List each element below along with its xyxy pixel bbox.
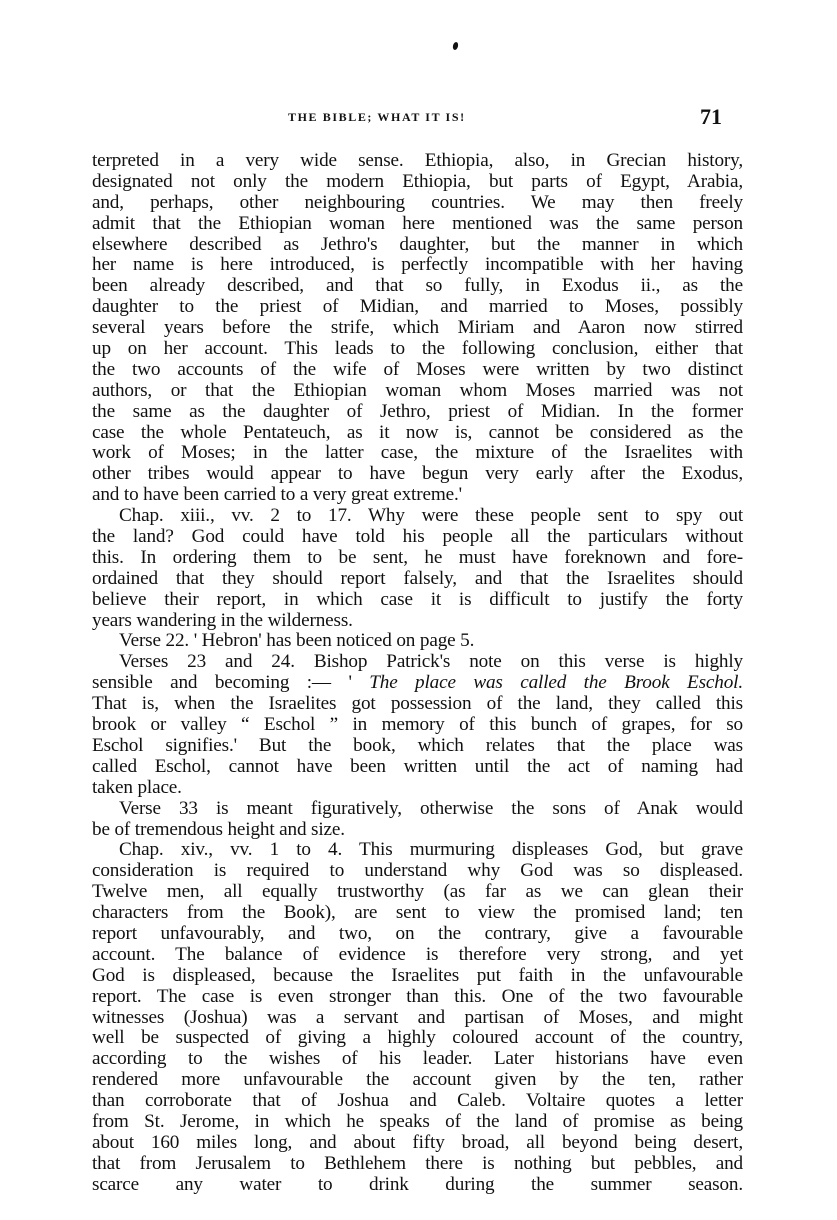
paragraph-start-verses-23-24: Verses 23 and 24. Bishop Patrick's note … (92, 652, 743, 673)
text-line: believe their report, in which case it i… (92, 590, 743, 611)
text-line: several years before the strife, which M… (92, 318, 743, 339)
text-line: report. The case is even stronger than t… (92, 987, 743, 1008)
italic-quote: The place was called the Brook Eschol. (369, 672, 743, 693)
text-line: from St. Jerome, in which he speaks of t… (92, 1112, 743, 1133)
text-line: scarce any water to drink during the sum… (92, 1175, 743, 1196)
text-line: Eschol signifies.' But the book, which r… (92, 736, 743, 757)
text-line: years wandering in the wilderness. (92, 611, 743, 632)
text-line: report unfavourably, and two, on the con… (92, 924, 743, 945)
text-line: That is, when the Israelites got possess… (92, 694, 743, 715)
text-line: account. The balance of evidence is ther… (92, 945, 743, 966)
text-line: that from Jerusalem to Bethlehem there i… (92, 1154, 743, 1175)
page-number: 71 (700, 104, 722, 130)
text-line: other tribes would appear to have begun … (92, 464, 743, 485)
text-line: work of Moses; in the latter case, the m… (92, 443, 743, 464)
text-line: and, perhaps, other neighbouring countri… (92, 193, 743, 214)
text-line: the same as the daughter of Jethro, prie… (92, 402, 743, 423)
running-head: The Bible; What it is! 71 (0, 108, 837, 132)
text-line: admit that the Ethiopian woman here ment… (92, 214, 743, 235)
text-line: the two accounts of the wife of Moses we… (92, 360, 743, 381)
text-line: about 160 miles long, and about fifty br… (92, 1133, 743, 1154)
text-line-with-italic-quote: sensible and becoming :— ' The place was… (92, 673, 743, 694)
text-line: God is displeased, because the Israelite… (92, 966, 743, 987)
text-line: taken place. (92, 778, 743, 799)
text-line: and to have been carried to a very great… (92, 485, 743, 506)
text-line (92, 1196, 743, 1217)
text-line: well be suspected of giving a highly col… (92, 1028, 743, 1049)
text-line: the land? God could have told his people… (92, 527, 743, 548)
text-line: be of tremendous height and size. (92, 820, 743, 841)
paragraph-verse-22: Verse 22. ' Hebron' has been noticed on … (92, 631, 743, 652)
text-line: her name is here introduced, is perfectl… (92, 255, 743, 276)
text-line: according to the wishes of his leader. L… (92, 1049, 743, 1070)
text-line: elsewhere described as Jethro's daughter… (92, 235, 743, 256)
text-line: called Eschol, cannot have been written … (92, 757, 743, 778)
text-line: than corroborate that of Joshua and Cale… (92, 1091, 743, 1112)
text-line: terpreted in a very wide sense. Ethiopia… (92, 151, 743, 172)
paragraph-start-chap-xiii: Chap. xiii., vv. 2 to 17. Why were these… (92, 506, 743, 527)
text-line: witnesses (Joshua) was a servant and par… (92, 1008, 743, 1029)
text-line: rendered more unfavourable the account g… (92, 1070, 743, 1091)
text-line: authors, or that the Ethiopian woman who… (92, 381, 743, 402)
text-line: ordained that they should report falsely… (92, 569, 743, 590)
running-title: The Bible; What it is! (288, 110, 466, 125)
text-segment: sensible and becoming :— ' (92, 672, 352, 693)
text-line: this. In ordering them to be sent, he mu… (92, 548, 743, 569)
page-text: terpreted in a very wide sense. Ethiopia… (92, 151, 743, 1216)
paragraph-start-chap-xiv: Chap. xiv., vv. 1 to 4. This murmuring d… (92, 840, 743, 861)
text-line: been already described, and that so full… (92, 276, 743, 297)
text-line: designated not only the modern Ethiopia,… (92, 172, 743, 193)
text-line: characters from the Book), are sent to v… (92, 903, 743, 924)
text-line: daughter to the priest of Midian, and ma… (92, 297, 743, 318)
text-line: up on her account. This leads to the fol… (92, 339, 743, 360)
text-line: consideration is required to understand … (92, 861, 743, 882)
scan-speck (452, 41, 459, 50)
text-line: case the whole Pentateuch, as it now is,… (92, 423, 743, 444)
paragraph-start-verse-33: Verse 33 is meant figuratively, otherwis… (92, 799, 743, 820)
text-line: brook or valley “ Eschol ” in memory of … (92, 715, 743, 736)
text-line: Twelve men, all equally trustworthy (as … (92, 882, 743, 903)
